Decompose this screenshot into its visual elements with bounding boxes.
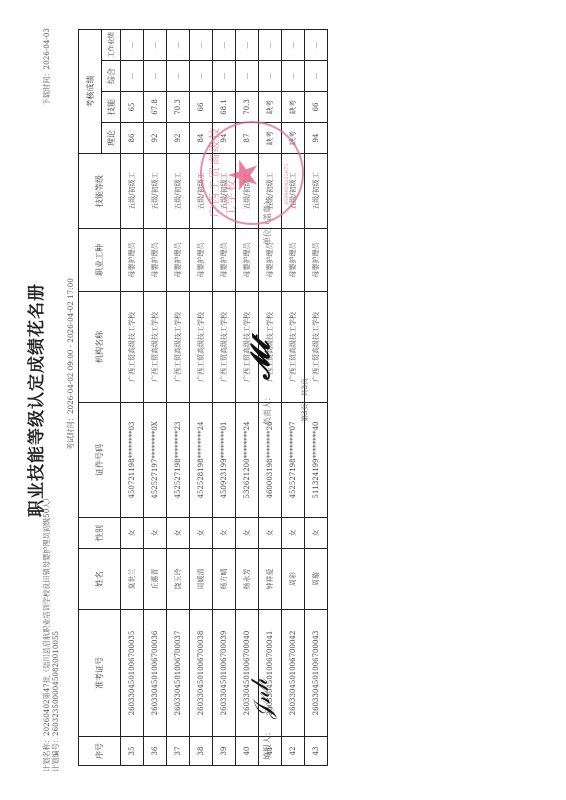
cell-theory: 92	[144, 123, 167, 154]
cell-no: 37	[167, 737, 190, 766]
cell-id: 532621200********24	[236, 403, 259, 518]
cell-id: 450721198********03	[121, 403, 144, 518]
plan-info: 计划名称：20260402第47批（陆川县启航职业培训学校良田镇母婴护理员初级5…	[42, 494, 60, 772]
cell-level: 五级/初级工	[121, 154, 144, 229]
cell-ticket: 2603304501006700038	[190, 610, 213, 737]
cell-job: 母婴护理员	[121, 229, 144, 292]
cell-name: 莫世兰	[121, 549, 144, 610]
header-skill: 技能	[102, 92, 121, 123]
header-level: 技能等级	[79, 154, 121, 229]
cell-skill: 67.8	[144, 92, 167, 123]
responsible-label: 负责人：	[262, 393, 273, 425]
cell-gender: 女	[144, 518, 167, 549]
cell-ticket: 2603304501006700036	[144, 610, 167, 737]
cell-id: 452527198********23	[167, 403, 190, 518]
cell-job: 母婴护理员	[213, 229, 236, 292]
header-ticket: 准考证号	[79, 610, 121, 737]
cell-skill: 缺考	[259, 92, 282, 123]
header-comprehensive: 综合	[102, 61, 121, 92]
plan-code: 计划编号：26032350000450820010055	[51, 494, 60, 772]
cell-comprehensive: —	[144, 61, 167, 92]
page-indicator: 第3页，共3页	[300, 0, 310, 800]
header-gender: 性别	[79, 518, 121, 549]
cell-skill: 65	[121, 92, 144, 123]
cell-gender: 女	[190, 518, 213, 549]
header-work: 工作业绩	[102, 30, 121, 61]
cell-org: 广西工贸高级技工学校	[167, 292, 190, 403]
cell-level: 五级/初级工	[167, 154, 190, 229]
exam-time: 考试时间：2026-04-02 09:00 - 2026-04-02 17:00	[66, 278, 75, 450]
header-org: 机构名称	[79, 292, 121, 403]
download-time: 下载时间：2026-04-03	[42, 28, 51, 105]
responsible-signature: 𝓜𝓽	[246, 341, 277, 380]
table-row: 372603304501006700037饶玉玲女452527198******…	[167, 30, 190, 766]
cell-ticket: 2603304501006700035	[121, 610, 144, 737]
cell-theory: 86	[121, 123, 144, 154]
cell-no: 35	[121, 737, 144, 766]
cell-skill: 66	[190, 92, 213, 123]
cell-gender: 女	[167, 518, 190, 549]
cell-org: 广西工贸高级技工学校	[190, 292, 213, 403]
filler-label: 填报人：	[262, 728, 273, 760]
cell-comprehensive: —	[259, 61, 282, 92]
cell-work: —	[167, 30, 190, 61]
cell-comprehensive: —	[190, 61, 213, 92]
plan-name: 计划名称：20260402第47批（陆川县启航职业培训学校良田镇母婴护理员初级5…	[42, 494, 51, 772]
cell-job: 母婴护理员	[236, 229, 259, 292]
cell-name: 周媛清	[190, 549, 213, 610]
cell-work: —	[121, 30, 144, 61]
cell-org: 广西工贸高级技工学校	[144, 292, 167, 403]
cell-gender: 女	[121, 518, 144, 549]
cell-comprehensive: —	[167, 61, 190, 92]
cell-ticket: 2603304501006700037	[167, 610, 190, 737]
cell-level: 五级/初级工	[144, 154, 167, 229]
cell-name: 丘惠青	[144, 549, 167, 610]
cell-work: —	[213, 30, 236, 61]
cell-work: —	[190, 30, 213, 61]
cell-no: 38	[190, 737, 213, 766]
cell-skill: 70.3	[236, 92, 259, 123]
cell-comprehensive: —	[121, 61, 144, 92]
header-no: 序号	[79, 737, 121, 766]
cell-comprehensive: —	[213, 61, 236, 92]
cell-name: 杨方晴	[213, 549, 236, 610]
cell-skill: 70.3	[167, 92, 190, 123]
cell-job: 母婴护理员	[167, 229, 190, 292]
cell-ticket: 2603304501006700039	[213, 610, 236, 737]
cell-job: 母婴护理员	[190, 229, 213, 292]
cell-work: —	[144, 30, 167, 61]
table-row: 362603304501006700036丘惠青女452527197******…	[144, 30, 167, 766]
cell-name: 杨永芳	[236, 549, 259, 610]
cell-name: 饶玉玲	[167, 549, 190, 610]
cell-gender: 女	[213, 518, 236, 549]
header-name: 姓名	[79, 549, 121, 610]
cell-skill: 68.1	[213, 92, 236, 123]
cell-comprehensive: —	[236, 61, 259, 92]
header-theory: 理论	[102, 123, 121, 154]
cell-job: 母婴护理员	[144, 229, 167, 292]
cell-no: 36	[144, 737, 167, 766]
star-icon: ★	[224, 157, 264, 193]
cell-work: —	[236, 30, 259, 61]
table-row: 352603304501006700035莫世兰女450721198******…	[121, 30, 144, 766]
cell-no: 39	[213, 737, 236, 766]
cell-id: 452527197********0X	[144, 403, 167, 518]
cell-theory: 92	[167, 123, 190, 154]
header-id: 证件号码	[79, 403, 121, 518]
header-scores-group: 考核成绩	[79, 30, 102, 154]
document-sheet: 职业技能等级认定成绩花名册 计划名称：20260402第47批（陆川县启航职业培…	[0, 0, 566, 800]
cell-no: 40	[236, 737, 259, 766]
header-job: 职业工种	[79, 229, 121, 292]
cell-org: 广西工贸高级技工学校	[121, 292, 144, 403]
cell-org: 广西工贸高级技工学校	[213, 292, 236, 403]
cell-name: 钟祥爱	[259, 549, 282, 610]
cell-id: 450923199********01	[213, 403, 236, 518]
official-seal: 广西工贸高级技工学校 ★ 4509024222875	[200, 121, 304, 225]
cell-gender: 女	[236, 518, 259, 549]
cell-gender: 女	[259, 518, 282, 549]
seal-code: 4509024222875	[284, 164, 290, 205]
cell-work: —	[259, 30, 282, 61]
cell-id: 452528198********24	[190, 403, 213, 518]
